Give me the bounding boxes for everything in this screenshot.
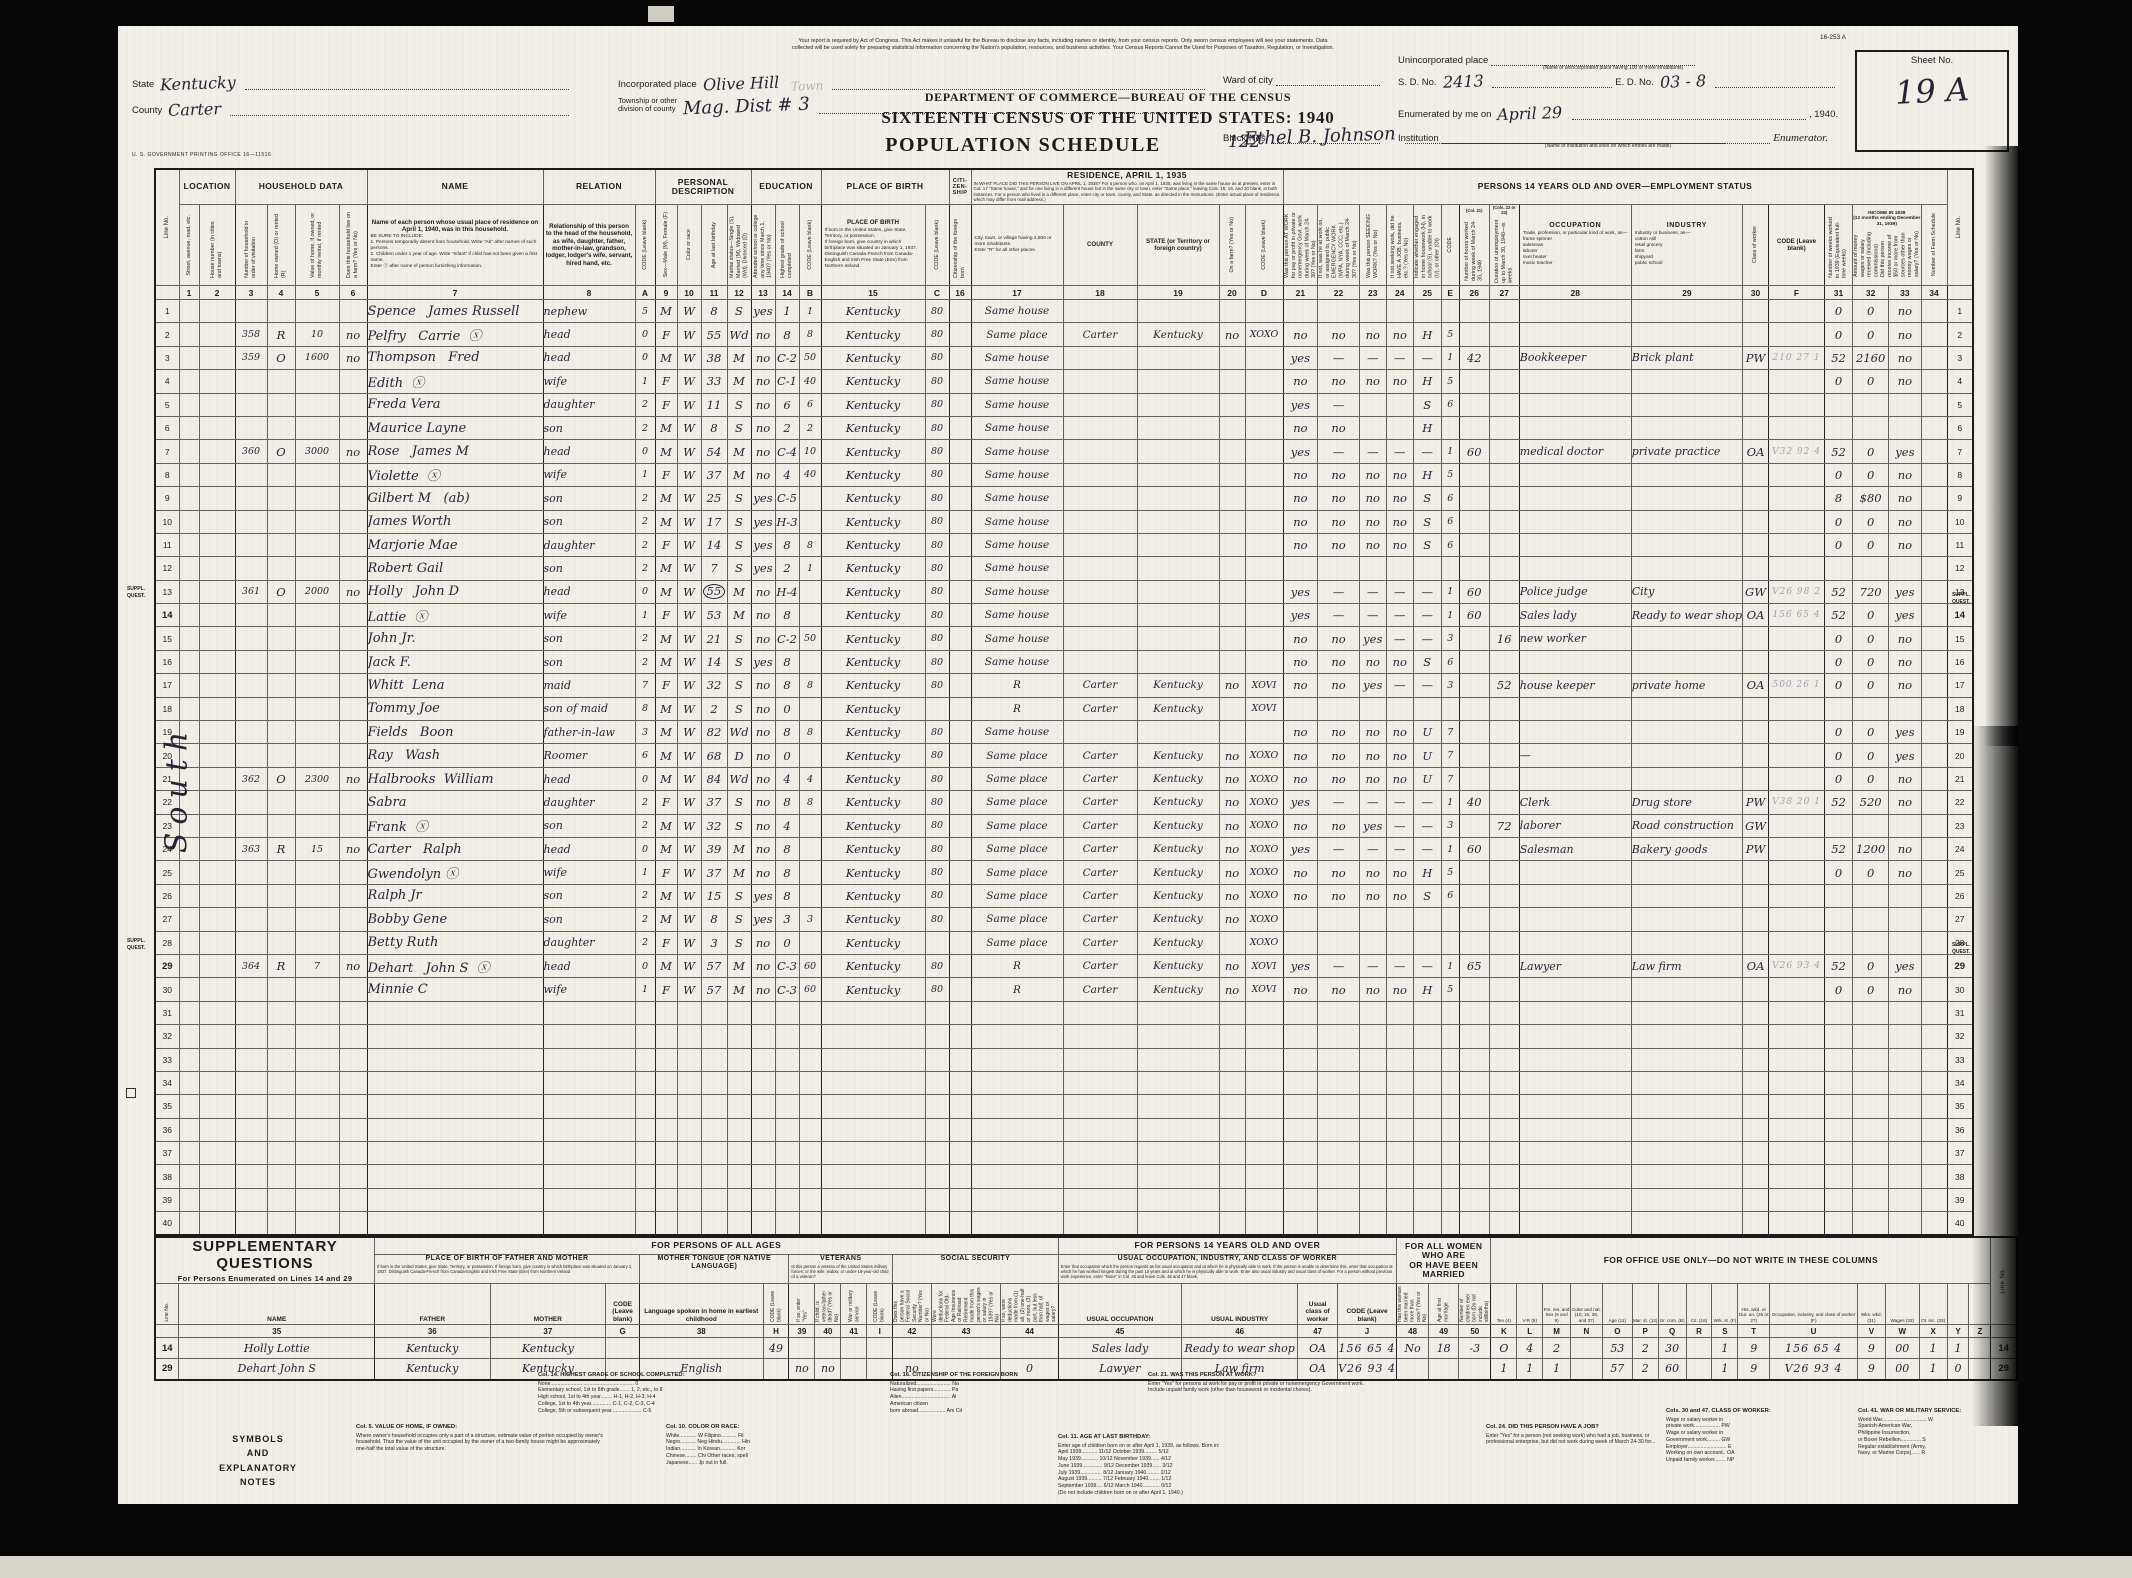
col-19 — [1137, 1142, 1219, 1165]
col-3: 358 — [235, 323, 267, 346]
col-31: 0 — [1825, 300, 1853, 323]
col-25 — [1413, 1001, 1441, 1024]
footnote-item: Col. 21. WAS THIS PERSON AT WORK?Enter "… — [1148, 1372, 1378, 1394]
col-D — [1245, 510, 1283, 533]
col-14: 8 — [775, 674, 799, 697]
col-11 — [701, 1001, 727, 1024]
col-29: Brick plant — [1631, 346, 1742, 369]
col-C: 80 — [925, 300, 949, 323]
col-C — [925, 1071, 949, 1094]
col-21: no — [1283, 978, 1318, 1001]
col-D — [1245, 346, 1283, 369]
col-20 — [1219, 627, 1245, 650]
col-16 — [949, 1188, 971, 1211]
col-F: V38 20 1 — [1769, 791, 1825, 814]
col-21: no — [1283, 884, 1318, 907]
form-number: 16-253 A — [1820, 34, 1846, 41]
col-B: 10 — [799, 440, 821, 463]
col-23 — [1359, 1048, 1386, 1071]
col-B — [799, 1071, 821, 1094]
col-B — [799, 1001, 821, 1024]
col-4 — [267, 674, 295, 697]
col-15 — [821, 1048, 925, 1071]
col-10 — [677, 1025, 701, 1048]
col-21 — [1283, 697, 1318, 720]
col-33: no — [1889, 767, 1921, 790]
col-24 — [1386, 557, 1413, 580]
col-19 — [1137, 416, 1219, 439]
col-19 — [1137, 1025, 1219, 1048]
col-11: 14 — [701, 650, 727, 673]
col-27 — [1489, 346, 1519, 369]
col-31: 0 — [1825, 510, 1853, 533]
col-27 — [1489, 604, 1519, 627]
col-F: V32 92 4 — [1769, 440, 1825, 463]
col-16 — [949, 1048, 971, 1071]
suppl-quest-marker-right-29: SUPPL. QUEST. — [1944, 942, 1978, 955]
col-31 — [1825, 1025, 1853, 1048]
col-9: M — [655, 300, 677, 323]
col-21 — [1283, 1188, 1318, 1211]
col-10: W — [677, 323, 701, 346]
col-C: 80 — [925, 440, 949, 463]
enumerated-label: Enumerated by me on — [1398, 109, 1491, 120]
col-5 — [295, 884, 339, 907]
enumerated-line: Enumerated by me on April 29 , 1940. — [1398, 104, 1838, 120]
col-10: W — [677, 814, 701, 837]
col-8: Roomer — [543, 744, 635, 767]
col-29 — [1631, 300, 1742, 323]
col-23: no — [1359, 323, 1386, 346]
col-18: Carter — [1063, 954, 1137, 977]
col-12: M — [727, 580, 751, 603]
col-25: S — [1413, 533, 1441, 556]
col-26 — [1459, 1025, 1489, 1048]
col-10: W — [677, 791, 701, 814]
col-29 — [1631, 1001, 1742, 1024]
col-12: S — [727, 674, 751, 697]
col-8: head — [543, 954, 635, 977]
col-B: 40 — [799, 463, 821, 486]
col-C — [925, 697, 949, 720]
col-16 — [949, 908, 971, 931]
col-2 — [199, 1188, 235, 1211]
col-A: 1 — [635, 861, 655, 884]
col-16 — [949, 978, 971, 1001]
col-1 — [179, 557, 199, 580]
col-F: V26 93 4 — [1769, 954, 1825, 977]
col-4 — [267, 884, 295, 907]
col-32: 0 — [1853, 861, 1889, 884]
col-15: Kentucky — [821, 931, 925, 954]
township-underline — [819, 102, 1205, 114]
col-12 — [727, 1212, 751, 1235]
col-13 — [751, 1001, 775, 1024]
col-10: W — [677, 393, 701, 416]
col-29 — [1631, 1071, 1742, 1094]
col-34 — [1921, 650, 1947, 673]
col-27 — [1489, 580, 1519, 603]
col-23 — [1359, 393, 1386, 416]
col-9 — [655, 1165, 677, 1188]
col-24: no — [1386, 487, 1413, 510]
col-5 — [295, 370, 339, 393]
col-5 — [295, 1142, 339, 1165]
col-16 — [949, 440, 971, 463]
col-28 — [1519, 393, 1631, 416]
col-D: XOXO — [1245, 837, 1283, 860]
col-9: M — [655, 627, 677, 650]
col-F — [1769, 767, 1825, 790]
supp-col-T: 9 — [1738, 1338, 1770, 1359]
col-3 — [235, 978, 267, 1001]
col-19 — [1137, 1118, 1219, 1141]
col-2 — [199, 1212, 235, 1235]
col-31 — [1825, 908, 1853, 931]
township-field: Township or other division of county Mag… — [618, 96, 1208, 114]
street-name-vertical: South — [162, 606, 188, 956]
col-9 — [655, 1095, 677, 1118]
col-A: 8 — [635, 697, 655, 720]
col-24 — [1386, 931, 1413, 954]
sheet-value: 19 A — [1856, 68, 2008, 114]
col-20 — [1219, 487, 1245, 510]
col-9: M — [655, 697, 677, 720]
col-A: 0 — [635, 440, 655, 463]
col-8: son — [543, 908, 635, 931]
col-2 — [199, 767, 235, 790]
col-31 — [1825, 697, 1853, 720]
col-1 — [179, 1001, 199, 1024]
col-34 — [1921, 767, 1947, 790]
col-23 — [1359, 697, 1386, 720]
col-26 — [1459, 1212, 1489, 1235]
col-14: H-4 — [775, 580, 799, 603]
col-A: 0 — [635, 767, 655, 790]
col-3: 363 — [235, 837, 267, 860]
col-18 — [1063, 604, 1137, 627]
col-22: no — [1318, 884, 1360, 907]
col-21: no — [1283, 487, 1318, 510]
col-32: 0 — [1853, 721, 1889, 744]
supp-col-S: 1 — [1712, 1338, 1738, 1359]
col-22: no — [1318, 861, 1360, 884]
col-33 — [1889, 884, 1921, 907]
col-15: Kentucky — [821, 908, 925, 931]
col-31: 0 — [1825, 767, 1853, 790]
col-B: 50 — [799, 346, 821, 369]
col-4 — [267, 370, 295, 393]
col-17: Same house — [971, 510, 1063, 533]
col-30 — [1743, 1048, 1769, 1071]
col-24 — [1386, 1165, 1413, 1188]
col-18: Carter — [1063, 791, 1137, 814]
col-11: 8 — [701, 908, 727, 931]
col-28 — [1519, 557, 1631, 580]
col-C: 80 — [925, 884, 949, 907]
col-E: 3 — [1441, 674, 1459, 697]
col-7: Jack F. — [367, 650, 543, 673]
col-14: 3 — [775, 908, 799, 931]
table-row: 29364R7noDehart John S ⓧhead0MW57MnoC-36… — [155, 954, 1973, 977]
col-6 — [339, 814, 367, 837]
col-7: Spence James Russell — [367, 300, 543, 323]
col-8 — [543, 1118, 635, 1141]
col-4 — [267, 721, 295, 744]
col-5: 3000 — [295, 440, 339, 463]
col-6 — [339, 300, 367, 323]
col-13 — [751, 1025, 775, 1048]
col-17: Same house — [971, 346, 1063, 369]
col-18 — [1063, 463, 1137, 486]
col-13 — [751, 1095, 775, 1118]
col-23: — — [1359, 604, 1386, 627]
col-14: C-5 — [775, 487, 799, 510]
col-32: 0 — [1853, 533, 1889, 556]
col-25: S — [1413, 650, 1441, 673]
col-C — [925, 1048, 949, 1071]
col-D — [1245, 533, 1283, 556]
col-24 — [1386, 1071, 1413, 1094]
col-E: 6 — [1441, 884, 1459, 907]
col-3 — [235, 604, 267, 627]
col-25: H — [1413, 323, 1441, 346]
col-21: no — [1283, 533, 1318, 556]
col-3 — [235, 416, 267, 439]
col-17: Same house — [971, 627, 1063, 650]
col-20 — [1219, 416, 1245, 439]
col-15: Kentucky — [821, 346, 925, 369]
col-33 — [1889, 697, 1921, 720]
col-6 — [339, 1142, 367, 1165]
col-16 — [949, 557, 971, 580]
col-C: 80 — [925, 954, 949, 977]
scan-smudge — [1984, 146, 2018, 746]
col-16 — [949, 931, 971, 954]
col-E — [1441, 1212, 1459, 1235]
col-9: M — [655, 767, 677, 790]
col-B — [799, 1142, 821, 1165]
col-13 — [751, 1071, 775, 1094]
col-13: no — [751, 861, 775, 884]
col-30 — [1743, 1025, 1769, 1048]
col-A: 5 — [635, 300, 655, 323]
privacy-line1: Your report is required by Act of Congre… — [798, 38, 1327, 44]
col-28 — [1519, 861, 1631, 884]
col-24: — — [1386, 346, 1413, 369]
col-F — [1769, 837, 1825, 860]
col-27 — [1489, 416, 1519, 439]
col-26 — [1459, 323, 1489, 346]
col-21 — [1283, 931, 1318, 954]
col-10 — [677, 1212, 701, 1235]
col-10 — [677, 1048, 701, 1071]
col-15: Kentucky — [821, 837, 925, 860]
col-23 — [1359, 1212, 1386, 1235]
col-3 — [235, 744, 267, 767]
col-12: S — [727, 814, 751, 837]
col-13 — [751, 1048, 775, 1071]
table-row: 9Gilbert M (ab)son2MW25SyesC-5Kentucky80… — [155, 487, 1973, 510]
col-27 — [1489, 650, 1519, 673]
col-25 — [1413, 697, 1441, 720]
col-14: 1 — [775, 300, 799, 323]
col-27 — [1489, 370, 1519, 393]
col-17 — [971, 1001, 1063, 1024]
street-name-text: South — [160, 614, 195, 964]
ed-underline — [1715, 76, 1835, 88]
col-13: yes — [751, 510, 775, 533]
col-6 — [339, 1188, 367, 1211]
col-28 — [1519, 1165, 1631, 1188]
col-17: Same place — [971, 931, 1063, 954]
col-D — [1245, 440, 1283, 463]
col-6 — [339, 744, 367, 767]
col-23: no — [1359, 533, 1386, 556]
col-C — [925, 1025, 949, 1048]
col-16 — [949, 1071, 971, 1094]
col-7: Gwendolyn ⓧ — [367, 861, 543, 884]
col-1 — [179, 1095, 199, 1118]
col-22: — — [1318, 791, 1360, 814]
col-17: Same house — [971, 370, 1063, 393]
col-3 — [235, 463, 267, 486]
col-2 — [199, 814, 235, 837]
col-22: no — [1318, 510, 1360, 533]
col-13: no — [751, 463, 775, 486]
state-label: State — [132, 79, 154, 90]
col-11: 37 — [701, 791, 727, 814]
table-row: 23Frank ⓧson2MW32Sno4Kentucky80Same plac… — [155, 814, 1973, 837]
col-9 — [655, 1001, 677, 1024]
col-28: Lawyer — [1519, 954, 1631, 977]
col-13: no — [751, 346, 775, 369]
col-7: Robert Gail — [367, 557, 543, 580]
col-B — [799, 650, 821, 673]
col-23: no — [1359, 510, 1386, 533]
col-E: 1 — [1441, 954, 1459, 977]
col-11: 32 — [701, 674, 727, 697]
sd-value: 2413 — [1442, 71, 1483, 91]
col-33: no — [1889, 650, 1921, 673]
col-25: U — [1413, 744, 1441, 767]
col-B — [799, 837, 821, 860]
col-18 — [1063, 487, 1137, 510]
col-5 — [295, 1001, 339, 1024]
col-28 — [1519, 931, 1631, 954]
col-26 — [1459, 908, 1489, 931]
col-10: W — [677, 463, 701, 486]
col-32 — [1853, 1212, 1889, 1235]
col-5 — [295, 861, 339, 884]
col-2 — [199, 533, 235, 556]
col-19: Kentucky — [1137, 861, 1219, 884]
col-4 — [267, 1095, 295, 1118]
supp-col-M: 2 — [1543, 1338, 1571, 1359]
col-7: Carter Ralph — [367, 837, 543, 860]
township-value: Mag. Dist # 3 — [683, 94, 810, 119]
col-14: 4 — [775, 814, 799, 837]
col-C: 80 — [925, 767, 949, 790]
supp-col-Q: 30 — [1658, 1338, 1686, 1359]
col-26 — [1459, 1001, 1489, 1024]
col-A: 2 — [635, 908, 655, 931]
col-19 — [1137, 510, 1219, 533]
col-7: Violette ⓧ — [367, 463, 543, 486]
col-28 — [1519, 1142, 1631, 1165]
col-33 — [1889, 1188, 1921, 1211]
col-7: Bobby Gene — [367, 908, 543, 931]
col-17: Same house — [971, 300, 1063, 323]
col-B — [799, 1048, 821, 1071]
supp-col-V: 9 — [1857, 1338, 1885, 1359]
col-3 — [235, 861, 267, 884]
col-34 — [1921, 393, 1947, 416]
col-31: 52 — [1825, 837, 1853, 860]
table-row: 3838 — [155, 1165, 1973, 1188]
col-11: 3 — [701, 931, 727, 954]
col-9 — [655, 1118, 677, 1141]
col-14: 4 — [775, 463, 799, 486]
supp-col-name: Holly Lottie — [179, 1338, 375, 1359]
col-13: no — [751, 721, 775, 744]
col-C: 80 — [925, 837, 949, 860]
col-15: Kentucky — [821, 440, 925, 463]
supp-col-K: O — [1491, 1338, 1517, 1359]
col-34 — [1921, 370, 1947, 393]
col-23: no — [1359, 744, 1386, 767]
col-22 — [1318, 557, 1360, 580]
col-29 — [1631, 908, 1742, 931]
col-7: Tommy Joe — [367, 697, 543, 720]
col-E — [1441, 300, 1459, 323]
col-17: Same place — [971, 791, 1063, 814]
col-31 — [1825, 1071, 1853, 1094]
col-27 — [1489, 744, 1519, 767]
table-row: 3636 — [155, 1118, 1973, 1141]
col-22 — [1318, 300, 1360, 323]
col-1 — [179, 463, 199, 486]
col-17 — [971, 1071, 1063, 1094]
supp-col-U: 156 65 4 — [1770, 1338, 1858, 1359]
col-24 — [1386, 1095, 1413, 1118]
col-31: 52 — [1825, 604, 1853, 627]
state-underline — [245, 78, 569, 90]
col-5 — [295, 487, 339, 510]
col-26: 60 — [1459, 580, 1489, 603]
scanned-census-page: { "header": { "form_number": "16-253 A",… — [0, 0, 2132, 1578]
col-3: 364 — [235, 954, 267, 977]
col-3 — [235, 650, 267, 673]
col-28 — [1519, 463, 1631, 486]
col-E — [1441, 697, 1459, 720]
supp-col-Y: 1 — [1947, 1338, 1969, 1359]
col-30 — [1743, 650, 1769, 673]
col-20 — [1219, 604, 1245, 627]
col-3 — [235, 300, 267, 323]
col-12: Wd — [727, 767, 751, 790]
col-2 — [199, 954, 235, 977]
col-20 — [1219, 1025, 1245, 1048]
col-25 — [1413, 300, 1441, 323]
col-18: Carter — [1063, 744, 1137, 767]
table-row: 12Robert Gailson2MW7Syes21Kentucky80Same… — [155, 557, 1973, 580]
col-30 — [1743, 416, 1769, 439]
col-29 — [1631, 370, 1742, 393]
col-27 — [1489, 1048, 1519, 1071]
col-2 — [199, 393, 235, 416]
col-29 — [1631, 533, 1742, 556]
